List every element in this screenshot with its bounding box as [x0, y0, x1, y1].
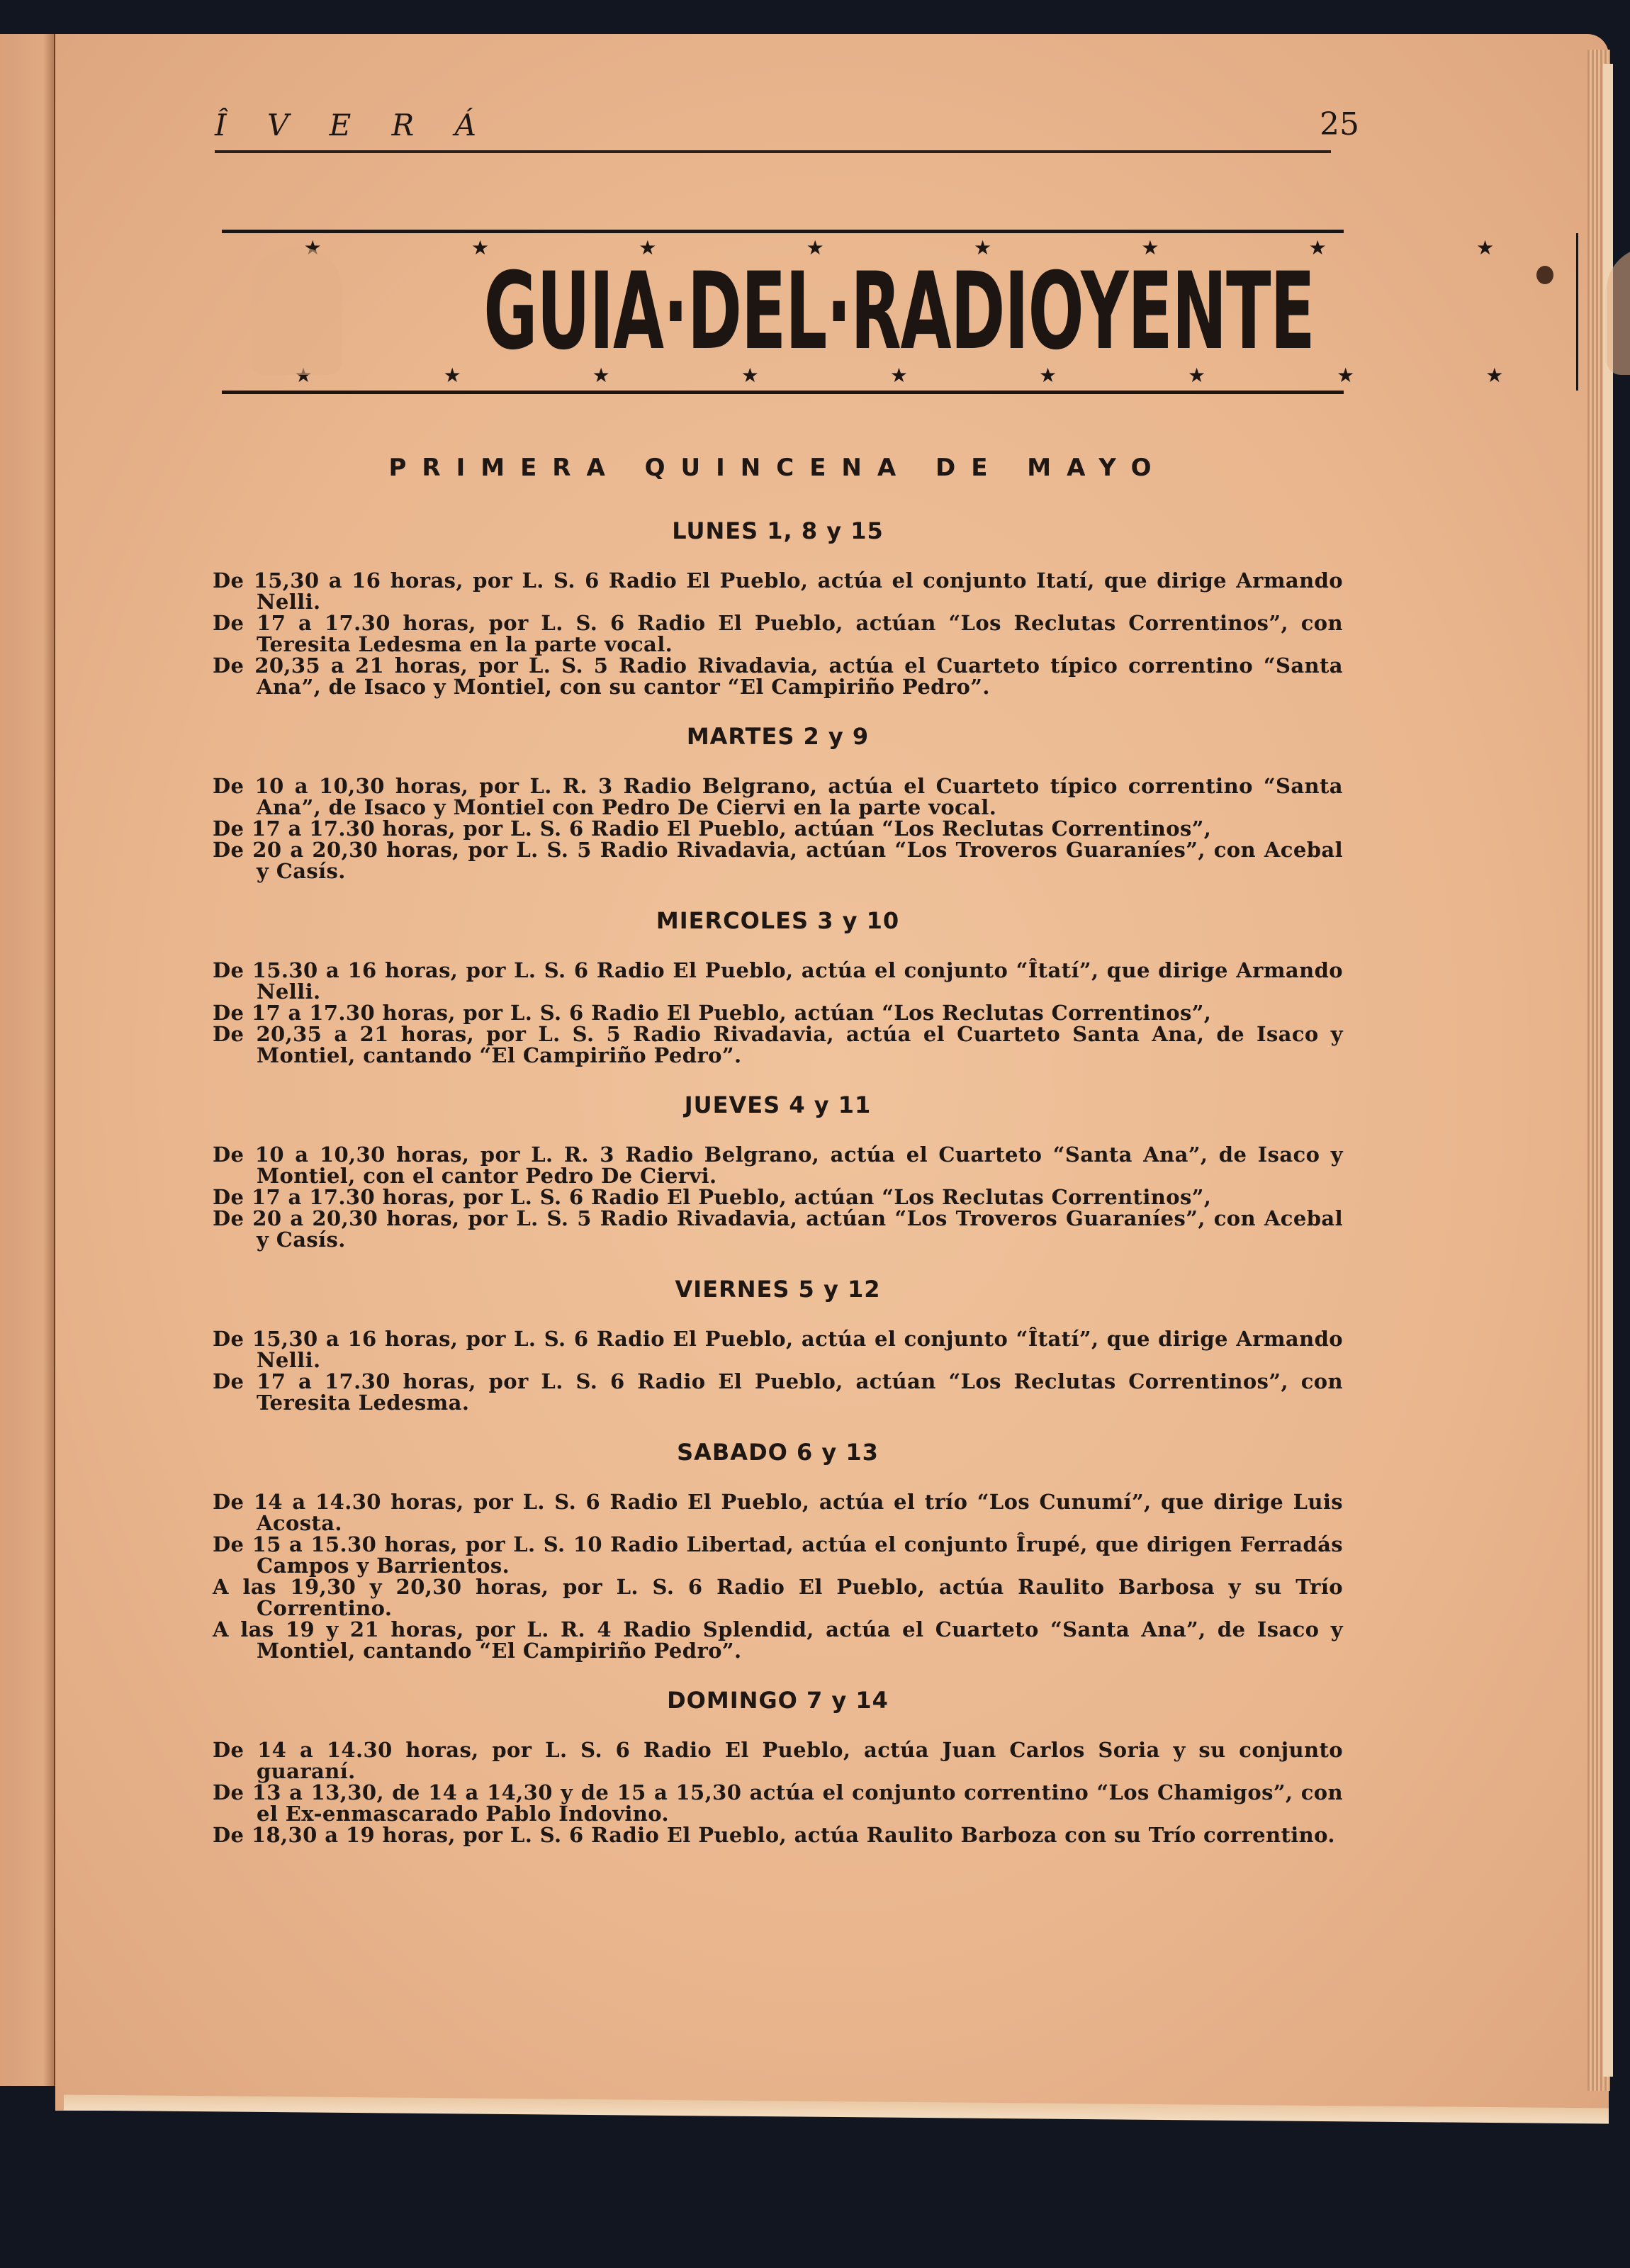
schedule-entry: De 20,35 a 21 horas, por L. S. 5 Radio R… [213, 1023, 1343, 1066]
schedule-entry: De 20 a 20,30 horas, por L. S. 5 Radio R… [213, 1208, 1343, 1250]
schedule-entry: De 15.30 a 16 horas, por L. S. 6 Radio E… [213, 960, 1343, 1002]
schedule-entry: De 20 a 20,30 horas, por L. S. 5 Radio R… [213, 839, 1343, 882]
schedule-entry: De 10 a 10,30 horas, por L. R. 3 Radio B… [213, 1144, 1343, 1186]
schedule-entry: De 20,35 a 21 horas, por L. S. 5 Radio R… [213, 655, 1343, 697]
star-icon: ★ [1476, 237, 1494, 259]
radio-listener-illustration [1576, 233, 1578, 391]
period-subtitle: PRIMERA QUINCENA DE MAYO [213, 454, 1343, 482]
schedule-entry: De 17 a 17.30 horas, por L. S. 6 Radio E… [213, 1002, 1343, 1023]
day-section-martes: MARTES 2 y 9 De 10 a 10,30 horas, por L.… [213, 723, 1343, 882]
day-heading: MARTES 2 y 9 [213, 723, 1343, 750]
day-section-miercoles: MIERCOLES 3 y 10 De 15.30 a 16 horas, po… [213, 907, 1343, 1066]
day-heading: VIERNES 5 y 12 [213, 1276, 1343, 1303]
page-number: 25 [1320, 106, 1359, 142]
banner-title: GUIA·DEL·RADIOYENTE [483, 259, 1314, 365]
schedule-entry: De 17 a 17.30 horas, por L. S. 6 Radio E… [213, 1371, 1343, 1413]
running-header: Î V E R Á 25 [215, 106, 1359, 142]
day-section-viernes: VIERNES 5 y 12 De 15,30 a 16 horas, por … [213, 1276, 1343, 1413]
schedule-entry: De 18,30 a 19 horas, por L. S. 6 Radio E… [213, 1824, 1343, 1846]
star-icon: ★ [444, 365, 461, 386]
schedule-entry: De 15,30 a 16 horas, por L. S. 6 Radio E… [213, 1328, 1343, 1371]
header-rule [215, 150, 1331, 153]
schedule-entry: De 10 a 10,30 horas, por L. R. 3 Radio B… [213, 775, 1343, 818]
day-section-sabado: SABADO 6 y 13 De 14 a 14.30 horas, por L… [213, 1439, 1343, 1661]
schedule-entry: De 17 a 17.30 horas, por L. S. 6 Radio E… [213, 818, 1343, 839]
guide-banner: ★ ★ ★ ★ ★ ★ ★ ★ GUIA·DEL·RADIOYENTE ★ ★ … [222, 230, 1344, 394]
schedule-entry: De 14 a 14.30 horas, por L. S. 6 Radio E… [213, 1491, 1343, 1534]
day-section-jueves: JUEVES 4 y 11 De 10 a 10,30 horas, por L… [213, 1091, 1343, 1250]
star-icon: ★ [1485, 365, 1503, 386]
banner-center: ★ ★ ★ ★ ★ ★ ★ ★ GUIA·DEL·RADIOYENTE ★ ★ … [222, 233, 1576, 391]
day-heading: DOMINGO 7 y 14 [213, 1687, 1343, 1714]
schedule-entry: A las 19,30 y 20,30 horas, por L. S. 6 R… [213, 1576, 1343, 1619]
star-icon: ★ [1337, 365, 1354, 386]
musician-figure [250, 247, 342, 375]
schedule-entry: De 13 a 13,30, de 14 a 14,30 y de 15 a 1… [213, 1782, 1343, 1824]
day-heading: MIERCOLES 3 y 10 [213, 907, 1343, 934]
day-section-domingo: DOMINGO 7 y 14 De 14 a 14.30 horas, por … [213, 1687, 1343, 1846]
day-section-lunes: LUNES 1, 8 y 15 De 15,30 a 16 horas, por… [213, 517, 1343, 697]
schedule-entry: A las 19 y 21 horas, por L. R. 4 Radio S… [213, 1619, 1343, 1661]
schedule-entry: De 15 a 15.30 horas, por L. S. 10 Radio … [213, 1534, 1343, 1576]
schedule-content: PRIMERA QUINCENA DE MAYO LUNES 1, 8 y 15… [213, 454, 1343, 1871]
schedule-entry: De 15,30 a 16 horas, por L. S. 6 Radio E… [213, 570, 1343, 612]
day-heading: LUNES 1, 8 y 15 [213, 517, 1343, 544]
day-heading: JUEVES 4 y 11 [213, 1091, 1343, 1118]
schedule-entry: De 17 a 17.30 horas, por L. S. 6 Radio E… [213, 612, 1343, 655]
schedule-entry: De 14 a 14.30 horas, por L. S. 6 Radio E… [213, 1739, 1343, 1782]
schedule-entry: De 17 a 17.30 horas, por L. S. 6 Radio E… [213, 1186, 1343, 1208]
magazine-title: Î V E R Á [215, 108, 492, 142]
facing-page-edge [0, 34, 56, 2086]
day-heading: SABADO 6 y 13 [213, 1439, 1343, 1466]
